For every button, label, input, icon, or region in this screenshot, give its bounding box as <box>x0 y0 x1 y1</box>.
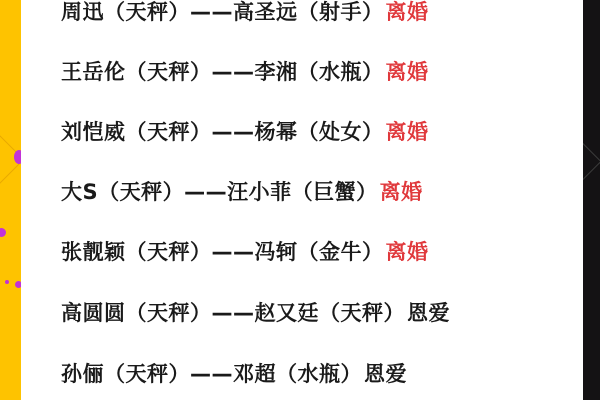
couple-text: 孙俪（天秤）——邓超（水瓶） <box>61 362 362 386</box>
left-decorative-strip <box>0 0 21 400</box>
couple-text: 王岳伦（天秤）——李湘（水瓶） <box>61 60 384 84</box>
article-content: 周迅（天秤）——高圣远（射手）离婚 王岳伦（天秤）——李湘（水瓶）离婚 刘恺威（… <box>21 0 583 400</box>
couple-text: 高圆圆（天秤）——赵又廷（天秤） <box>61 301 405 325</box>
chevron-right-icon[interactable] <box>583 142 600 180</box>
right-dark-strip <box>583 0 600 400</box>
status-label: 恩爱 <box>407 301 450 325</box>
couple-row: 周迅（天秤）——高圣远（射手）离婚 <box>61 0 429 26</box>
status-label: 离婚 <box>386 120 429 144</box>
decorative-dot <box>5 280 9 284</box>
status-label: 离婚 <box>386 60 429 84</box>
status-label: 恩爱 <box>364 362 407 386</box>
status-label: 离婚 <box>386 0 429 24</box>
couple-row: 高圆圆（天秤）——赵又廷（天秤）恩爱 <box>61 297 450 327</box>
couple-row: 张靓颖（天秤）——冯轲（金牛）离婚 <box>61 236 429 266</box>
couple-text: 刘恺威（天秤）——杨幂（处女） <box>61 120 384 144</box>
couple-text: 大S（天秤）——汪小菲（巨蟹） <box>61 180 378 204</box>
couple-text: 张靓颖（天秤）——冯轲（金牛） <box>61 240 384 264</box>
couple-text: 周迅（天秤）——高圣远（射手） <box>61 0 384 24</box>
couple-row: 刘恺威（天秤）——杨幂（处女）离婚 <box>61 116 429 146</box>
couple-row: 孙俪（天秤）——邓超（水瓶）恩爱 <box>61 358 407 388</box>
couple-row: 王岳伦（天秤）——李湘（水瓶）离婚 <box>61 56 429 86</box>
decorative-dot <box>14 150 21 164</box>
couple-row: 大S（天秤）——汪小菲（巨蟹）离婚 <box>61 176 423 206</box>
status-label: 离婚 <box>386 240 429 264</box>
decorative-dot <box>0 228 6 237</box>
status-label: 离婚 <box>380 180 423 204</box>
